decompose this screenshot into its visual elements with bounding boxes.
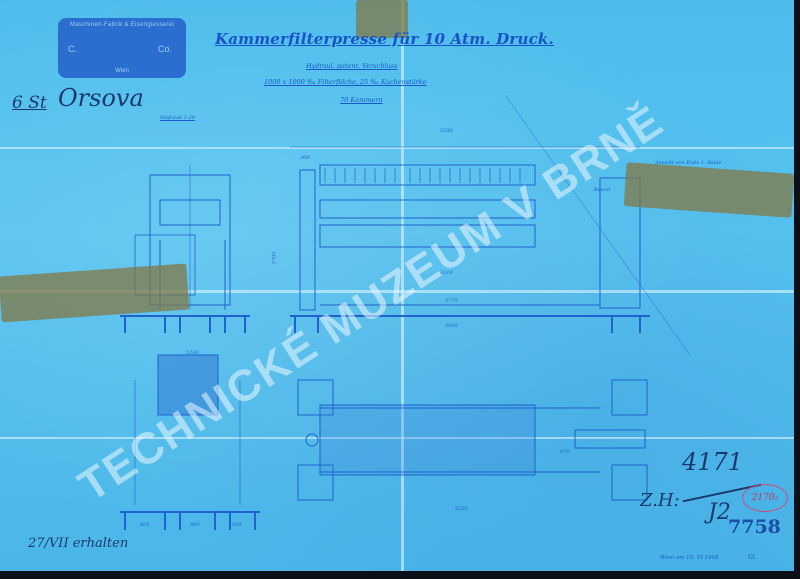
- annotation-right: Ansicht von Ende 1. Säule: [655, 160, 721, 166]
- archive-prefix: Z.H:: [640, 490, 680, 511]
- maker-stamp: Maschinen-Fabrik & Eisengiesserei C. Co.…: [58, 18, 186, 78]
- dim-side-height: 1700: [271, 252, 277, 265]
- received-note: 27/VII erhalten: [28, 536, 128, 551]
- drawing-title: Kammerfilterpresse für 10 Atm. Druck.: [215, 30, 554, 48]
- stamp-line3: Wien: [58, 68, 186, 74]
- dim-plan-length: 5250: [455, 506, 468, 512]
- stamp-line1: Maschinen-Fabrik & Eisengiesserei: [66, 22, 178, 28]
- subtitle-line-2: 1000 x 1000 ‰ Filterfläche, 25 ‰ Kuchens…: [264, 78, 427, 86]
- sheet-edge-bottom: [0, 571, 800, 579]
- dim-base: 5000: [445, 323, 458, 329]
- stamp-line2-left: C.: [68, 44, 77, 54]
- dim-length: 2770: [445, 298, 458, 304]
- signature-line: Wien am 10. VI 1908: [660, 555, 719, 561]
- subtitle-line-3: 70 Kammern: [340, 96, 383, 104]
- blueprint-sheet: Maschinen-Fabrik & Eisengiesserei C. Co.…: [0, 0, 800, 579]
- dim-small-top: 300: [300, 155, 310, 161]
- subtitle-line-1: Hydraul. patent. Verschluss: [306, 62, 397, 70]
- dim-top-overall: 5250: [440, 128, 453, 134]
- scale-note: Maßstab 1:20: [160, 115, 195, 121]
- dim-base-mid: 800: [190, 522, 200, 528]
- dim-base-left: 600: [140, 522, 150, 528]
- circled-number: 2170₃: [742, 484, 788, 512]
- inventory-number: 7758: [728, 516, 781, 538]
- dim-plan-stroke: 870: [560, 449, 570, 455]
- initials: Gl.: [748, 554, 757, 561]
- stamp-line2-right: Co.: [158, 44, 172, 54]
- label-kessel: Kessel: [594, 187, 610, 193]
- dim-end-width: 1200: [186, 350, 199, 356]
- dim-base-right: 600: [232, 522, 242, 528]
- archive-numerator: 4171: [682, 448, 743, 476]
- handwritten-count: 6 St: [12, 93, 47, 113]
- sheet-edge-right: [794, 0, 800, 579]
- handwritten-place: Orsova: [58, 84, 144, 112]
